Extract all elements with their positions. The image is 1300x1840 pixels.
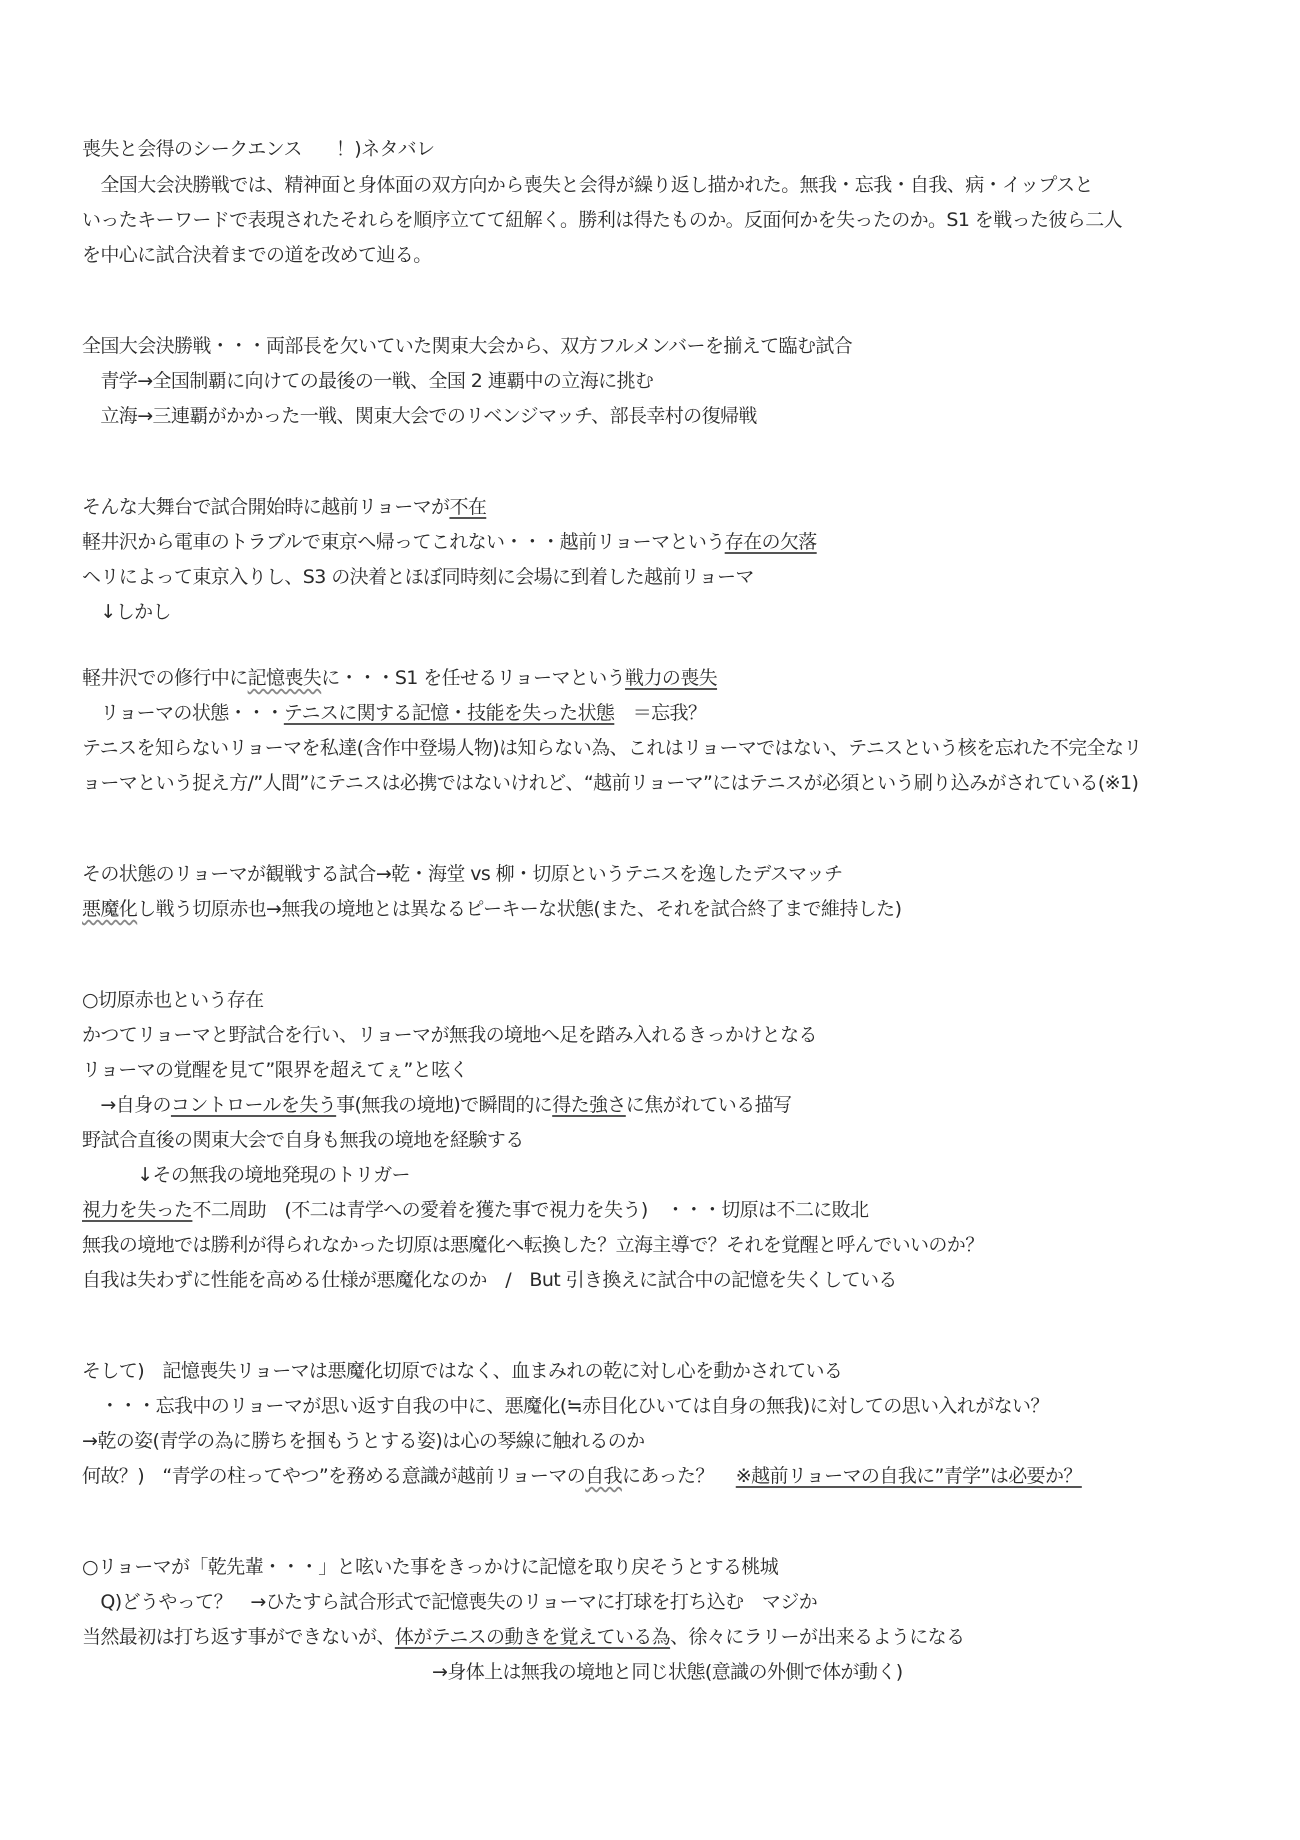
kirihara-line-9: 自我は失わずに性能を高める仕様が悪魔化なのか / But 引き換えに試合中の記憶… — [82, 1267, 897, 1293]
ryoma-line-3: ヘリによって東京入りし、S3 の決着とほぼ同時刻に会場に到着した越前リョーマ — [82, 564, 754, 590]
inui-line-1: そして) 記憶喪失リョーマは悪魔化切原ではなく、血まみれの乾に対し心を動かされて… — [82, 1358, 842, 1384]
text: リョーマの状態・・・ — [82, 702, 284, 724]
underlined-text: 不在 — [449, 496, 486, 518]
momoshiro-heading: ○リョーマが「乾先輩・・・」と呟いた事をきっかけに記憶を取り戻そうとする桃城 — [82, 1554, 778, 1580]
text: 事(無我の境地)で瞬間的に — [336, 1094, 552, 1116]
kirihara-line-4: →自身のコントロールを失う事(無我の境地)で瞬間的に得た強さに焦がれている描写 — [82, 1092, 791, 1118]
text: →自身の — [82, 1094, 171, 1116]
underlined-text: コントロールを失う — [171, 1094, 336, 1116]
document-title: 喪失と会得のシークエンス！)ネタバレ — [82, 136, 434, 162]
underlined-text: 視力を失った — [82, 1199, 192, 1221]
text: 、徐々にラリーが出来るようになる — [670, 1626, 964, 1648]
kirihara-line-8: 無我の境地では勝利が得られなかった切原は悪魔化へ転換した？立海主導で？それを覚醒… — [82, 1232, 984, 1258]
momoshiro-line-2: Q)どうやって？ →ひたすら試合形式で記憶喪失のリョーマに打球を打ち込む マジか — [82, 1589, 817, 1615]
ryoma-line-8: ョーマという捉え方/”人間”にテニスは必携ではないけれど、“越前リョーマ”にはテ… — [82, 770, 1138, 796]
wavy-underlined-text: 記憶喪失 — [248, 667, 322, 689]
text: 何故？) “青学の柱ってやつ”を務める意識が越前リョーマの — [82, 1465, 585, 1487]
document-page: 喪失と会得のシークエンス！)ネタバレ 全国大会決勝戦では、精神面と身体面の双方向… — [0, 0, 1300, 1840]
text: 軽井沢から電車のトラブルで東京へ帰ってこれない・・・越前リョーマという — [82, 531, 725, 553]
kirihara-line-6: ↓その無我の境地発現のトリガー — [82, 1162, 410, 1188]
ryoma-line-6: リョーマの状態・・・テニスに関する記憶・技能を失った状態 ＝忘我？ — [82, 700, 706, 726]
ryoma-line-4: ↓しかし — [82, 599, 171, 625]
ryoma-line-7: テニスを知らないリョーマを私達(含作中登場人物)は知らない為、これはリョーマでは… — [82, 735, 1142, 761]
text: 不二周助 (不二は青学への愛着を獲た事で視力を失う) ・・・切原は不二に敗北 — [192, 1199, 868, 1221]
ryoma-line-2: 軽井沢から電車のトラブルで東京へ帰ってこれない・・・越前リョーマという存在の欠落 — [82, 529, 817, 555]
underlined-text: 存在の欠落 — [725, 531, 817, 553]
underlined-text: 得た強さ — [552, 1094, 626, 1116]
underlined-text: 体がテニスの動きを覚えている為 — [395, 1626, 670, 1648]
intro-line-1: 全国大会決勝戦では、精神面と身体面の双方向から喪失と会得が繰り返し描かれた。無我… — [82, 172, 1093, 198]
ryoma-line-5: 軽井沢での修行中に記憶喪失に・・・S1 を任せるリョーマという戦力の喪失 — [82, 665, 717, 691]
text: し戦う切原赤也→無我の境地とは異なるピーキーな状態(また、それを試合終了まで維持… — [137, 898, 901, 920]
inui-line-3: →乾の姿(青学の為に勝ちを掴もうとする姿)は心の琴線に触れるのか — [82, 1428, 645, 1454]
final-line-2: 青学→全国制覇に向けての最後の一戦、全国 2 連覇中の立海に挑む — [82, 368, 653, 394]
kirihara-line-2: かつてリョーマと野試合を行い、リョーマが無我の境地へ足を踏み入れるきっかけとなる — [82, 1022, 817, 1048]
underlined-text: テニスに関する記憶・技能を失った状態 — [284, 702, 614, 724]
kirihara-line-3: リョーマの覚醒を見て”限界を超えてぇ”と呟く — [82, 1057, 468, 1083]
text: にあった？ — [622, 1465, 714, 1487]
title-text: 喪失と会得のシークエンス — [82, 138, 302, 160]
momoshiro-line-3: 当然最初は打ち返す事ができないが、体がテニスの動きを覚えている為、徐々にラリーが… — [82, 1624, 964, 1650]
text: に・・・S1 を任せるリョーマという — [321, 667, 625, 689]
text: ＝忘我？ — [614, 702, 706, 724]
kirihara-heading: ○切原赤也という存在 — [82, 987, 264, 1013]
wavy-underlined-text: 悪魔化 — [82, 898, 137, 920]
wavy-underlined-text: 自我 — [585, 1465, 622, 1487]
final-line-1: 全国大会決勝戦・・・両部長を欠いていた関東大会から、双方フルメンバーを揃えて臨む… — [82, 333, 852, 359]
kirihara-line-7: 視力を失った不二周助 (不二は青学への愛着を獲た事で視力を失う) ・・・切原は不… — [82, 1197, 868, 1223]
intro-line-2: いったキーワードで表現されたそれらを順序立てて紐解く。勝利は得たものか。反面何か… — [82, 207, 1122, 233]
momoshiro-line-4: →身体上は無我の境地と同じ状態(意識の外側で体が動く) — [432, 1659, 903, 1685]
ryoma-line-1: そんな大舞台で試合開始時に越前リョーマが不在 — [82, 494, 486, 520]
underlined-text: ※越前リョーマの自我に”青学”は必要か？ — [736, 1465, 1082, 1487]
intro-line-3: を中心に試合決着までの道を改めて辿る。 — [82, 242, 432, 268]
final-line-3: 立海→三連覇がかかった一戦、関東大会でのリベンジマッチ、部長幸村の復帰戦 — [82, 403, 757, 429]
match-line-2: 悪魔化し戦う切原赤也→無我の境地とは異なるピーキーな状態(また、それを試合終了ま… — [82, 896, 901, 922]
text: 軽井沢での修行中に — [82, 667, 248, 689]
match-line-1: その状態のリョーマが観戦する試合→乾・海堂 vs 柳・切原というテニスを逸したデ… — [82, 861, 843, 887]
text: 当然最初は打ち返す事ができないが、 — [82, 1626, 395, 1648]
underlined-text: 戦力の喪失 — [625, 667, 717, 689]
text: そんな大舞台で試合開始時に越前リョーマが — [82, 496, 449, 518]
spoiler-note: ！)ネタバレ — [336, 138, 435, 160]
inui-line-2: ・・・忘我中のリョーマが思い返す自我の中に、悪魔化(≒赤目化ひいては自身の無我)… — [82, 1393, 1049, 1419]
text: に焦がれている描写 — [626, 1094, 792, 1116]
kirihara-line-5: 野試合直後の関東大会で自身も無我の境地を経験する — [82, 1127, 524, 1153]
inui-line-4: 何故？) “青学の柱ってやつ”を務める意識が越前リョーマの自我にあった？※越前リ… — [82, 1463, 1082, 1489]
